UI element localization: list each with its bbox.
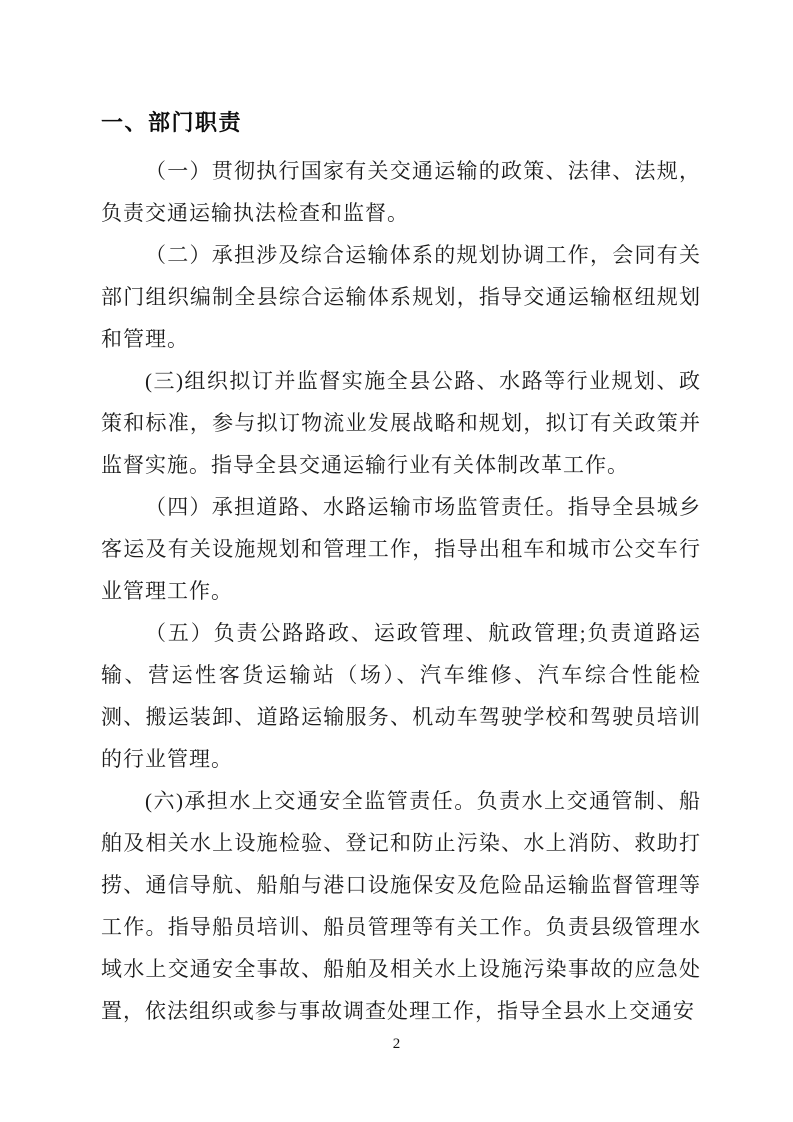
paragraph-4: （四）承担道路、水路运输市场监管责任。指导全县城乡客运及有关设施规划和管理工作，… [101,486,701,612]
paragraph-2: （二）承担涉及综合运输体系的规划协调工作，会同有关部门组织编制全县综合运输体系规… [101,234,701,360]
paragraph-1: （一）贯彻执行国家有关交通运输的政策、法律、法规，负责交通运输执法检查和监督。 [101,150,701,234]
document-page: 一、部门职责 （一）贯彻执行国家有关交通运输的政策、法律、法规，负责交通运输执法… [0,0,793,1122]
paragraph-6: (六)承担水上交通安全监管责任。负责水上交通管制、船舶及相关水上设施检验、登记和… [101,780,701,1032]
paragraph-5: （五）负责公路路政、运政管理、航政管理;负责道路运输、营运性客货运输站（场）、汽… [101,612,701,780]
page-number: 2 [0,1036,793,1053]
paragraph-3: (三)组织拟订并监督实施全县公路、水路等行业规划、政策和标准，参与拟订物流业发展… [101,360,701,486]
section-heading: 一、部门职责 [101,106,701,137]
